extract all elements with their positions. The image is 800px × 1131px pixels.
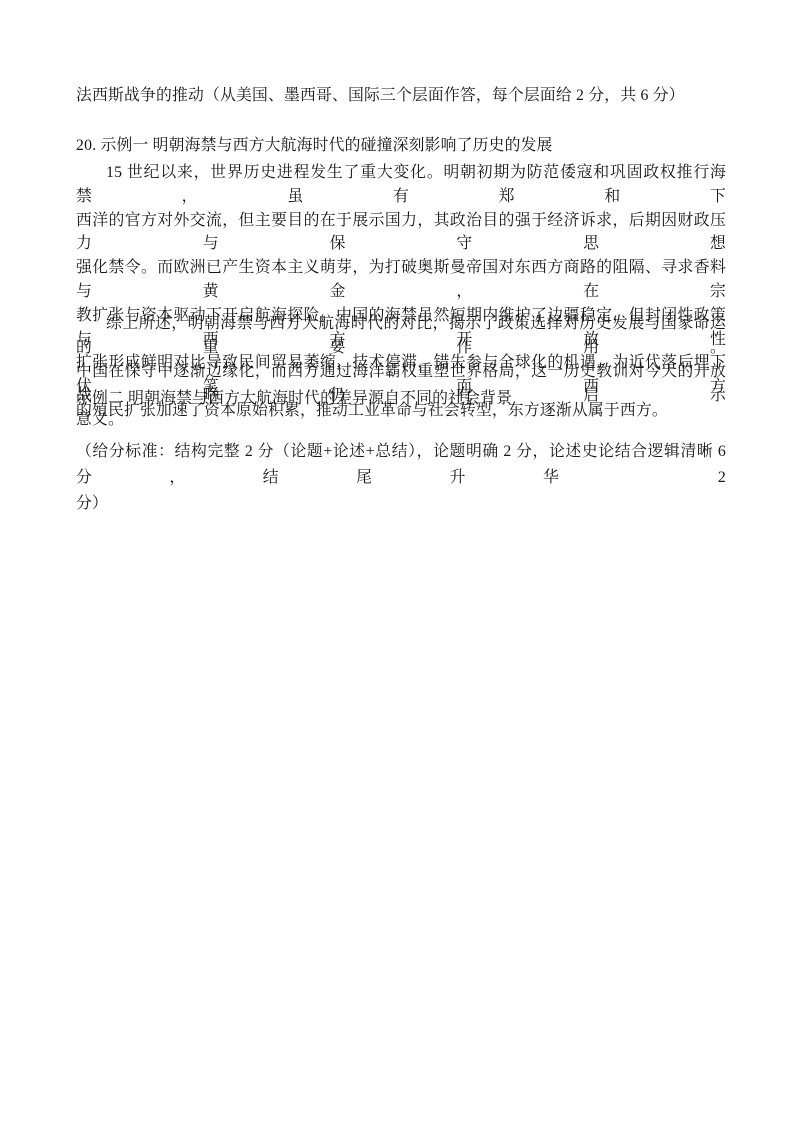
text-line: 分）	[76, 491, 726, 517]
text-line: 强化禁令。而欧洲已产生资本主义萌芽，为打破奥斯曼帝国对东西方商路的阻隔、寻求香料…	[76, 256, 726, 304]
document-content: 法西斯战争的推动（从美国、墨西哥、国际三个层面作答，每个层面给 2 分，共 6 …	[76, 0, 726, 1131]
text-line: 20. 示例一 明朝海禁与西方大航海时代的碰撞深刻影响了历史的发展	[76, 134, 726, 158]
example-2-heading: 示例二 明朝海禁与西方大航海时代的差异源自不同的社会背景	[76, 387, 726, 411]
text-line: 西洋的官方对外交流，但主要目的在于展示国力，其政治目的强于经济诉求，后期因财政压…	[76, 209, 726, 257]
essay-conclusion-paragraph: 综上所述，明朝海禁与西方大航海时代的对比，揭示了政策选择对历史发展与国家命运的重…	[76, 312, 726, 432]
text-line: 意义。	[76, 408, 726, 432]
text-line: （给分标准：结构完整 2 分（论题+论述+总结），论题明确 2 分，论述史论结合…	[76, 439, 726, 491]
text-line: 15 世纪以来，世界历史进程发生了重大变化。明朝初期为防范倭寇和巩固政权推行海禁…	[76, 161, 726, 209]
text-line: 法西斯战争的推动（从美国、墨西哥、国际三个层面作答，每个层面给 2 分，共 6 …	[76, 84, 726, 108]
answer-19-fascism-line: 法西斯战争的推动（从美国、墨西哥、国际三个层面作答，每个层面给 2 分，共 6 …	[76, 84, 726, 108]
text-line: 示例二 明朝海禁与西方大航海时代的差异源自不同的社会背景	[76, 387, 726, 411]
document-page: 法西斯战争的推动（从美国、墨西哥、国际三个层面作答，每个层面给 2 分，共 6 …	[0, 0, 800, 1131]
text-line: 综上所述，明朝海禁与西方大航海时代的对比，揭示了政策选择对历史发展与国家命运的重…	[76, 312, 726, 360]
scoring-criteria-paragraph: （给分标准：结构完整 2 分（论题+论述+总结），论题明确 2 分，论述史论结合…	[76, 439, 726, 517]
answer-20-example-1-heading: 20. 示例一 明朝海禁与西方大航海时代的碰撞深刻影响了历史的发展	[76, 134, 726, 158]
